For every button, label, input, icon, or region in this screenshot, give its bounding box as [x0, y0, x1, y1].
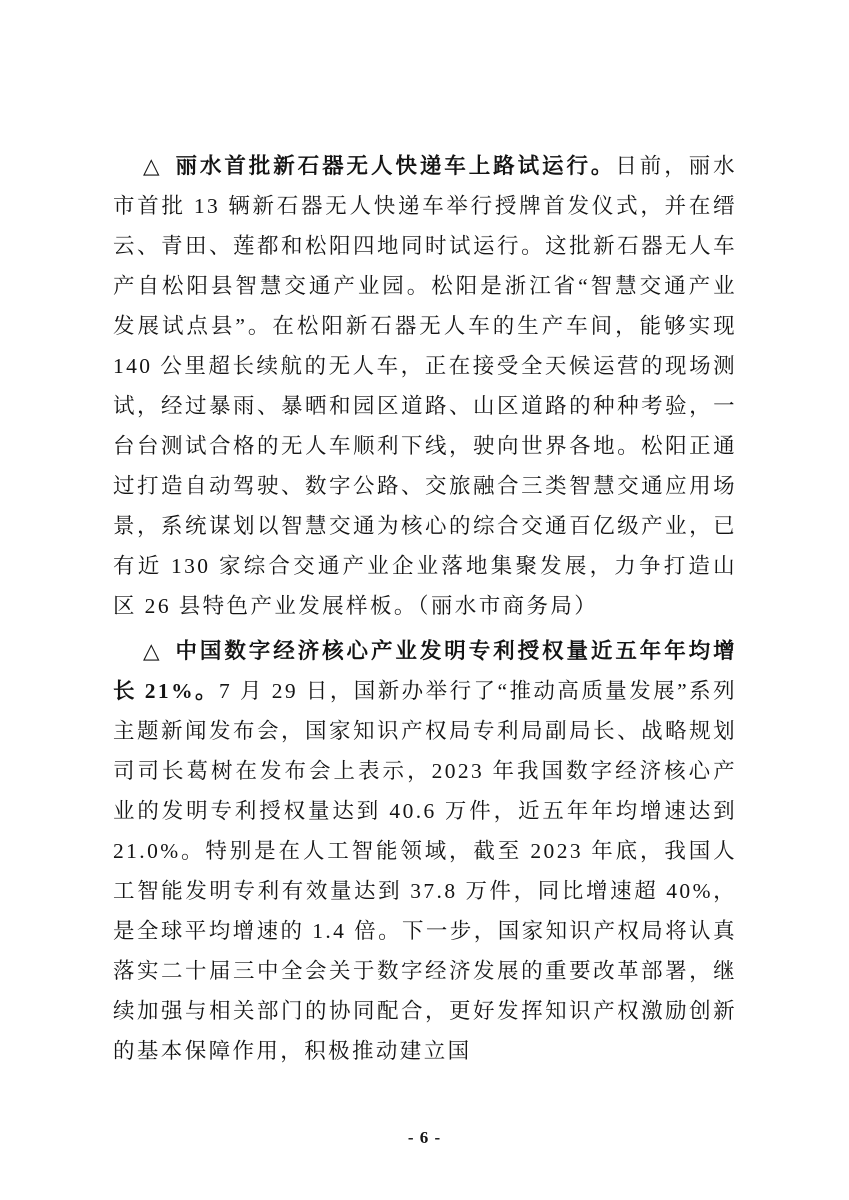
paragraph: △丽水首批新石器无人快递车上路试运行。日前，丽水市首批 13 辆新石器无人快递车…	[113, 146, 737, 626]
paragraph-body: 日前，丽水市首批 13 辆新石器无人快递车举行授牌首发仪式，并在缙云、青田、莲都…	[113, 154, 737, 618]
triangle-marker: △	[143, 154, 162, 178]
paragraph: △中国数字经济核心产业发明专利授权量近五年年均增长 21%。7 月 29 日，国…	[113, 631, 737, 1071]
paragraph-body: 7 月 29 日，国新办举行了“推动高质量发展”系列主题新闻发布会，国家知识产权…	[113, 679, 737, 1063]
triangle-marker: △	[143, 639, 162, 663]
page-number: - 6 -	[0, 1128, 849, 1148]
document-text-block: △丽水首批新石器无人快递车上路试运行。日前，丽水市首批 13 辆新石器无人快递车…	[113, 146, 737, 1071]
paragraph-heading: 丽水首批新石器无人快递车上路试运行。	[175, 154, 615, 178]
